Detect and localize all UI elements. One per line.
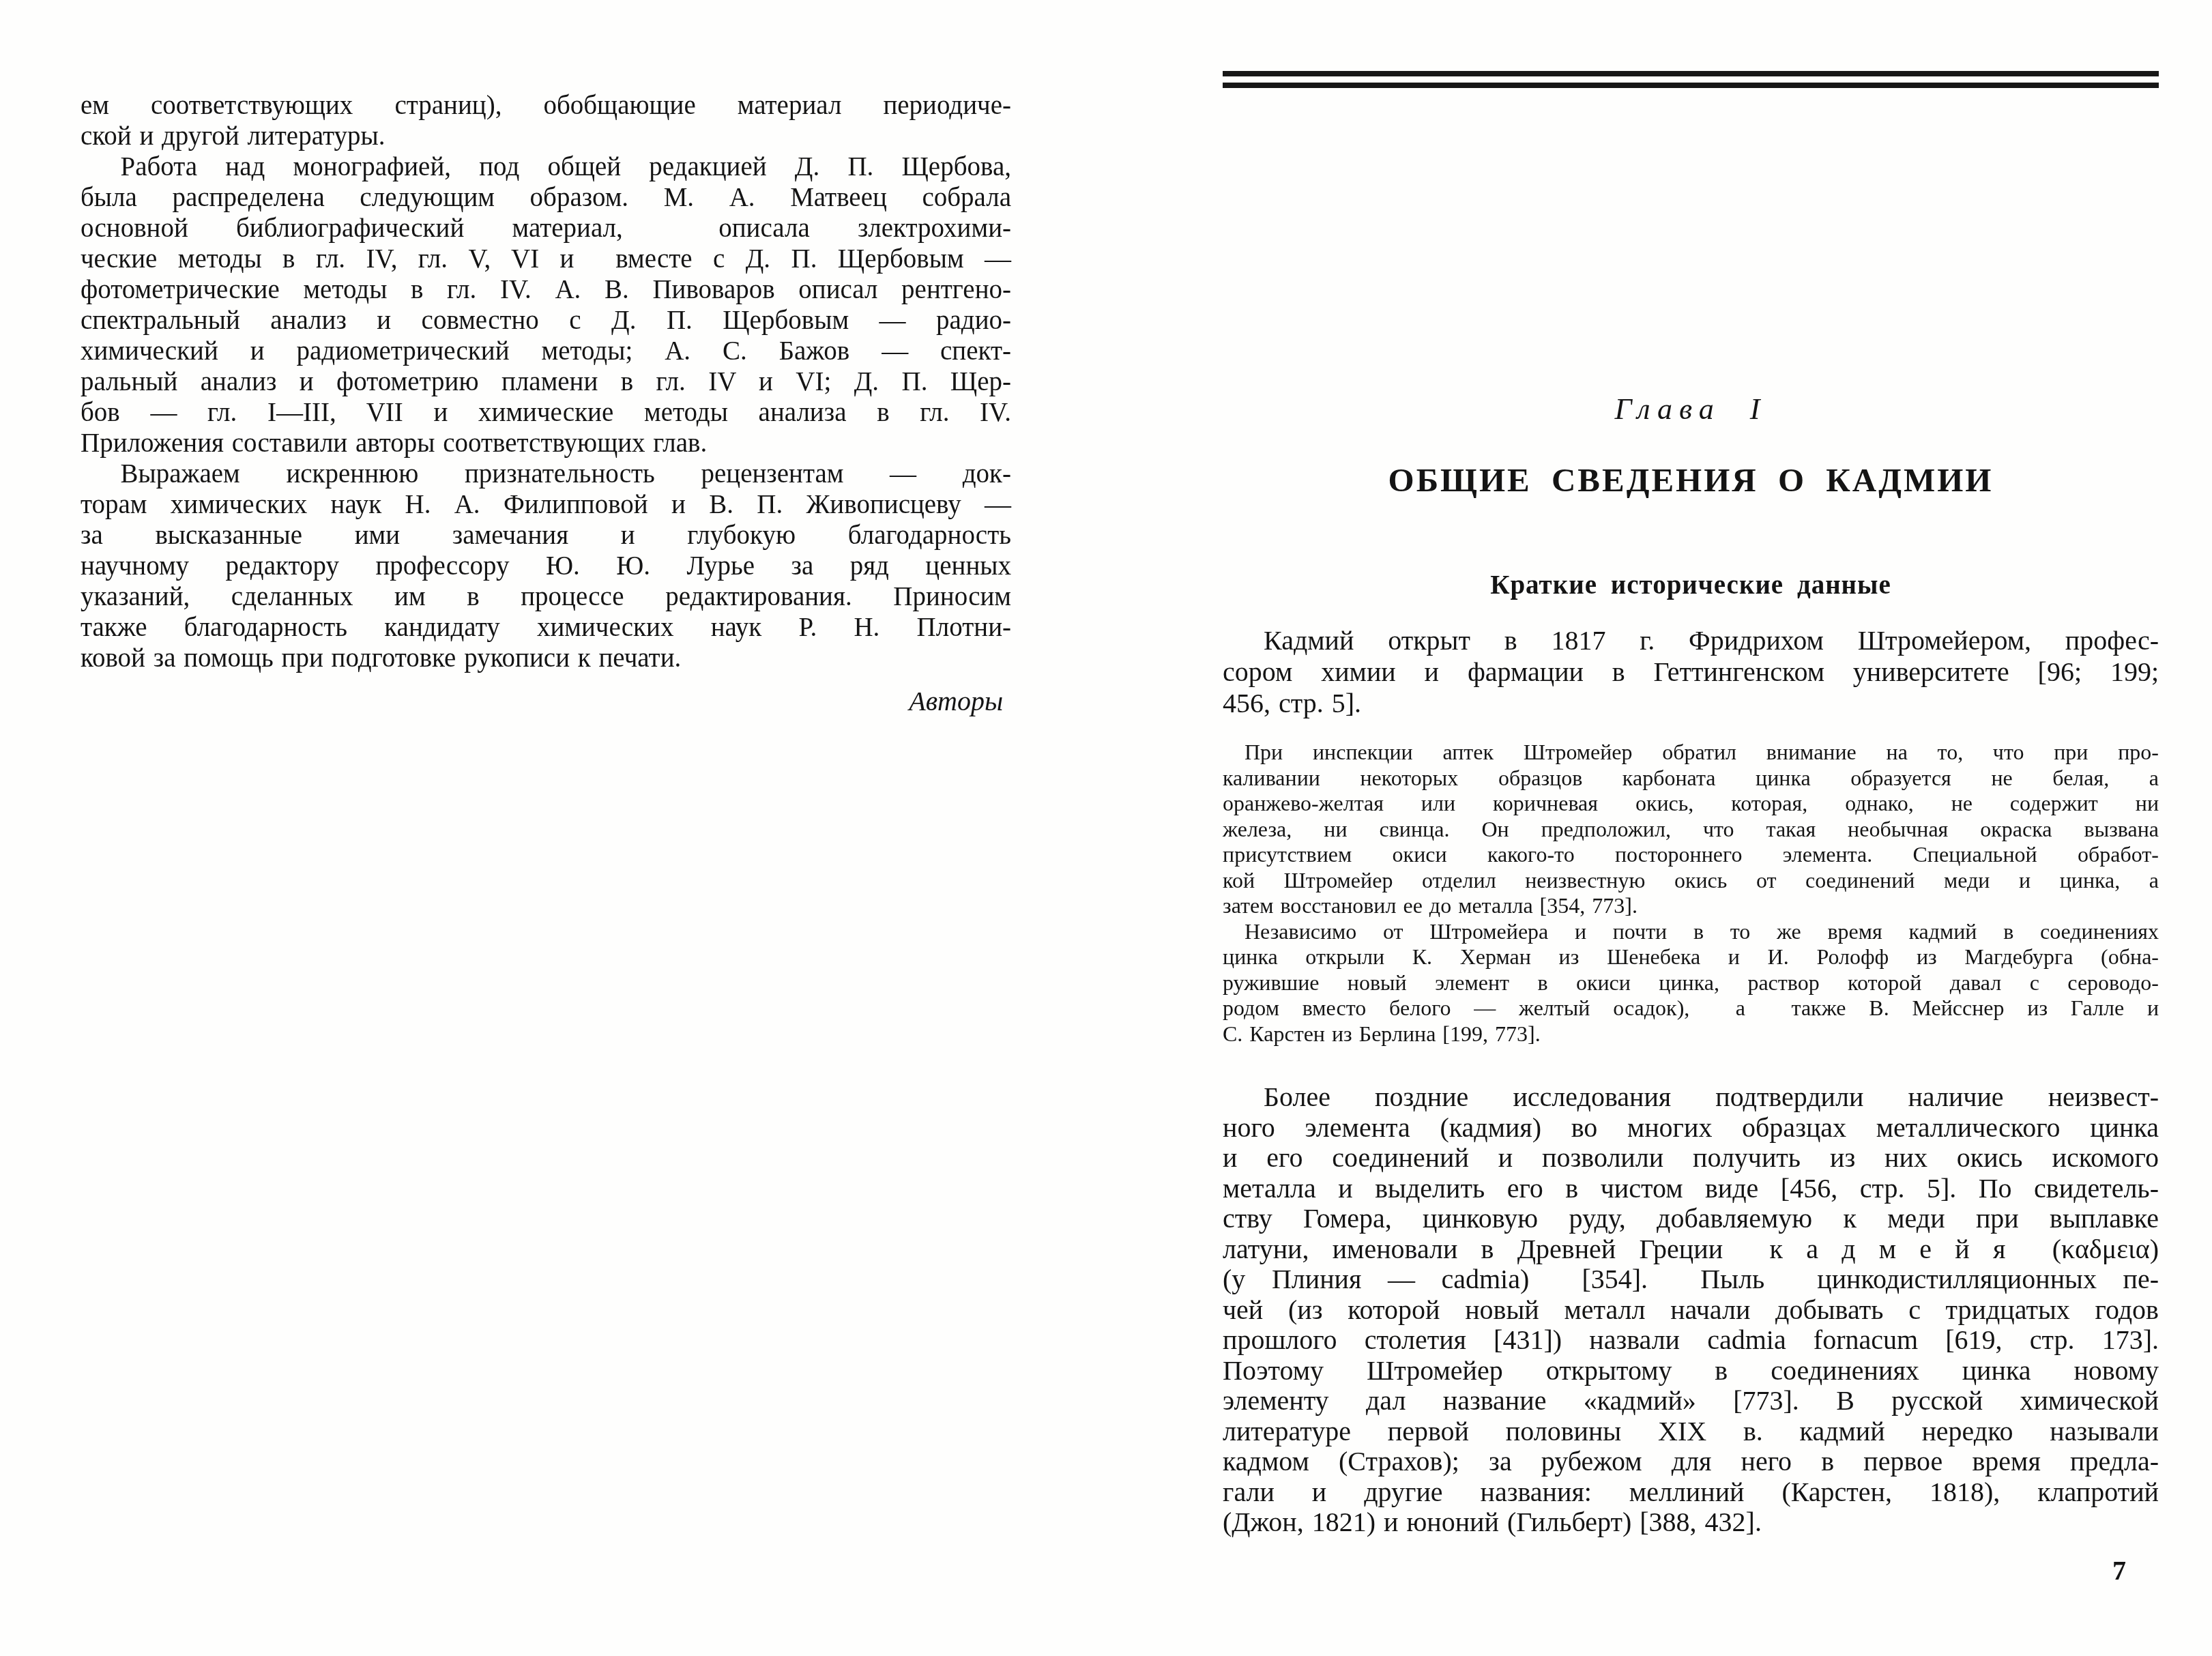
text-line: Кадмий открыт в 1817 г. Фридрихом Штроме… bbox=[1223, 625, 2159, 656]
text-line: С. Карстен из Берлина [199, 773]. bbox=[1223, 1021, 2159, 1047]
text-line: спектральный анализ и совместно с Д. П. … bbox=[81, 305, 1011, 336]
text-line: ральный анализ и фотометрию пламени в гл… bbox=[81, 366, 1011, 397]
page-title: ОБЩИЕ СВЕДЕНИЯ О КАДМИИ bbox=[1223, 461, 2159, 499]
text-line: ного элемента (кадмия) во многих образца… bbox=[1223, 1113, 2159, 1144]
text-line: элементу дал название «кадмий» [773]. В … bbox=[1223, 1386, 2159, 1417]
text-line: торам химических наук Н. А. Филипповой и… bbox=[81, 489, 1011, 520]
text-line: железа, ни свинца. Он предположил, что т… bbox=[1223, 817, 2159, 843]
text-line: каливании некоторых образцов карбоната ц… bbox=[1223, 766, 2159, 791]
text-line: за высказанные ими замечания и глубокую … bbox=[81, 520, 1011, 551]
chapter-heading: Глава I bbox=[1223, 392, 2159, 426]
text-line: ству Гомера, цинковую руду, добавляемую … bbox=[1223, 1204, 2159, 1234]
paragraph: ем соответствующих страниц), обобщающие … bbox=[81, 90, 1011, 151]
text-line: также благодарность кандидату химических… bbox=[81, 612, 1011, 643]
text-line: основной библиографический материал, опи… bbox=[81, 213, 1011, 244]
text-line: ем соответствующих страниц), обобщающие … bbox=[81, 90, 1011, 121]
text-line: затем восстановил ее до металла [354, 77… bbox=[1223, 893, 2159, 919]
text-line: Приложения составили авторы соответствую… bbox=[81, 428, 1011, 459]
text-line: 456, стр. 5]. bbox=[1223, 688, 2159, 719]
text-line: латуни, именовали в Древней Греции к а д… bbox=[1223, 1234, 2159, 1265]
text-line: кой Штромейер отделил неизвестную окись … bbox=[1223, 868, 2159, 894]
small-print-paragraph: Независимо от Штромейера и почти в то же… bbox=[1223, 919, 2159, 1047]
body-paragraph: Более поздние исследования подтвердили н… bbox=[1223, 1082, 2159, 1538]
text-line: научному редактору профессору Ю. Ю. Лурь… bbox=[81, 551, 1011, 581]
text-line: ковой за помощь при подготовке рукописи … bbox=[81, 643, 1011, 673]
left-page: ем соответствующих страниц), обобщающие … bbox=[81, 90, 1011, 716]
paragraph: Работа над монографией, под общей редакц… bbox=[81, 151, 1011, 459]
double-rule bbox=[1223, 71, 2159, 88]
small-print-paragraph: При инспекции аптек Штромейер обратил вн… bbox=[1223, 740, 2159, 919]
text-line: ской и другой литературы. bbox=[81, 121, 1011, 151]
text-line: присутствием окиси какого-то постороннег… bbox=[1223, 842, 2159, 868]
text-line: прошлого столетия [431]) назвали cadmia … bbox=[1223, 1325, 2159, 1356]
text-line: сором химии и фармации в Геттингенском у… bbox=[1223, 656, 2159, 688]
text-line: бов — гл. I—III, VII и химические методы… bbox=[81, 397, 1011, 428]
book-scan: { "left": { "paragraphs": [ { "lines": [… bbox=[0, 0, 2212, 1656]
right-page: Глава I ОБЩИЕ СВЕДЕНИЯ О КАДМИИ Краткие … bbox=[1223, 71, 2159, 1586]
text-line: химический и радиометрический методы; А.… bbox=[81, 336, 1011, 366]
text-line: (у Плиния — cadmia) [354]. Пыль цинкодис… bbox=[1223, 1264, 2159, 1295]
text-line: была распределена следующим образом. М. … bbox=[81, 182, 1011, 213]
text-line: фотометрические методы в гл. IV. А. В. П… bbox=[81, 274, 1011, 305]
text-line: оранжево-желтая или коричневая окись, ко… bbox=[1223, 791, 2159, 817]
intro-paragraph: Кадмий открыт в 1817 г. Фридрихом Штроме… bbox=[1223, 625, 2159, 719]
text-line: ружившие новый элемент в окиси цинка, ра… bbox=[1223, 970, 2159, 996]
text-line: Более поздние исследования подтвердили н… bbox=[1223, 1082, 2159, 1113]
text-line: и его соединений и позволили получить из… bbox=[1223, 1143, 2159, 1174]
text-line: цинка открыли К. Херман из Шенебека и И.… bbox=[1223, 944, 2159, 970]
text-line: гали и другие названия: меллиний (Карсте… bbox=[1223, 1477, 2159, 1508]
paragraph: Выражаем искреннюю признательность рецен… bbox=[81, 459, 1011, 673]
text-line: Поэтому Штромейер открытому в соединения… bbox=[1223, 1356, 2159, 1386]
text-line: При инспекции аптек Штромейер обратил вн… bbox=[1223, 740, 2159, 766]
text-line: литературе первой половины XIX в. кадмий… bbox=[1223, 1417, 2159, 1447]
text-line: кадмом (Страхов); за рубежом для него в … bbox=[1223, 1447, 2159, 1477]
text-line: Выражаем искреннюю признательность рецен… bbox=[81, 459, 1011, 489]
text-line: Независимо от Штромейера и почти в то же… bbox=[1223, 919, 2159, 945]
text-line: родом вместо белого — желтый осадок), а … bbox=[1223, 996, 2159, 1021]
text-line: металла и выделить его в чистом виде [45… bbox=[1223, 1174, 2159, 1204]
text-line: Работа над монографией, под общей редакц… bbox=[81, 151, 1011, 182]
authors-signature: Авторы bbox=[81, 686, 1011, 716]
text-line: чей (из которой новый металл начали добы… bbox=[1223, 1295, 2159, 1326]
text-line: указаний, сделанных им в процессе редакт… bbox=[81, 581, 1011, 612]
page-number: 7 bbox=[1223, 1554, 2159, 1586]
section-heading: Краткие исторические данные bbox=[1223, 570, 2159, 600]
text-line: (Джон, 1821) и юноний (Гильберт) [388, 4… bbox=[1223, 1507, 2159, 1538]
text-line: ческие методы в гл. IV, гл. V, VI и вмес… bbox=[81, 244, 1011, 274]
